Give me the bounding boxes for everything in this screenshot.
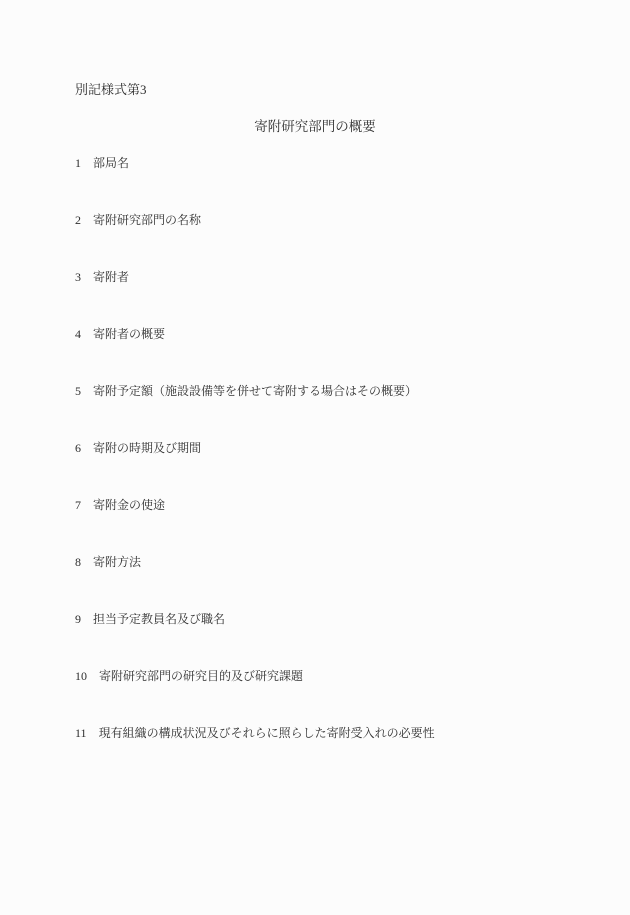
form-item-8: 8 寄附方法	[75, 554, 600, 570]
form-item-1: 1 部局名	[75, 155, 600, 171]
document-page: 別記様式第3 寄附研究部門の概要 1 部局名 2 寄附研究部門の名称 3 寄附者…	[0, 0, 630, 915]
item-label: 寄附者の概要	[93, 326, 165, 342]
item-number: 8	[75, 554, 81, 570]
form-item-9: 9 担当予定教員名及び職名	[75, 611, 600, 627]
item-label: 寄附予定額（施設設備等を併せて寄附する場合はその概要）	[93, 383, 417, 399]
item-label: 寄附の時期及び期間	[93, 440, 201, 456]
item-number: 1	[75, 155, 81, 171]
item-number: 3	[75, 269, 81, 285]
item-label: 寄附金の使途	[93, 497, 165, 513]
item-label: 部局名	[93, 155, 129, 171]
item-number: 2	[75, 212, 81, 228]
item-label: 寄附研究部門の研究目的及び研究課題	[99, 668, 303, 684]
form-item-11: 11 現有組織の構成状況及びそれらに照らした寄附受入れの必要性	[75, 725, 600, 741]
item-label: 現有組織の構成状況及びそれらに照らした寄附受入れの必要性	[99, 725, 435, 741]
item-number: 7	[75, 497, 81, 513]
form-number-label: 別記様式第3	[75, 82, 147, 98]
form-item-6: 6 寄附の時期及び期間	[75, 440, 600, 456]
item-label: 寄附方法	[93, 554, 141, 570]
document-title: 寄附研究部門の概要	[0, 118, 630, 135]
form-item-4: 4 寄附者の概要	[75, 326, 600, 342]
item-number: 9	[75, 611, 81, 627]
item-label: 担当予定教員名及び職名	[93, 611, 225, 627]
item-number: 10	[75, 668, 87, 684]
item-number: 11	[75, 725, 87, 741]
form-item-7: 7 寄附金の使途	[75, 497, 600, 513]
item-number: 6	[75, 440, 81, 456]
item-number: 4	[75, 326, 81, 342]
form-items-list: 1 部局名 2 寄附研究部門の名称 3 寄附者 4 寄附者の概要 5 寄附予定額…	[75, 155, 600, 782]
form-item-3: 3 寄附者	[75, 269, 600, 285]
form-item-5: 5 寄附予定額（施設設備等を併せて寄附する場合はその概要）	[75, 383, 600, 399]
item-number: 5	[75, 383, 81, 399]
form-item-10: 10 寄附研究部門の研究目的及び研究課題	[75, 668, 600, 684]
form-item-2: 2 寄附研究部門の名称	[75, 212, 600, 228]
item-label: 寄附研究部門の名称	[93, 212, 201, 228]
item-label: 寄附者	[93, 269, 129, 285]
